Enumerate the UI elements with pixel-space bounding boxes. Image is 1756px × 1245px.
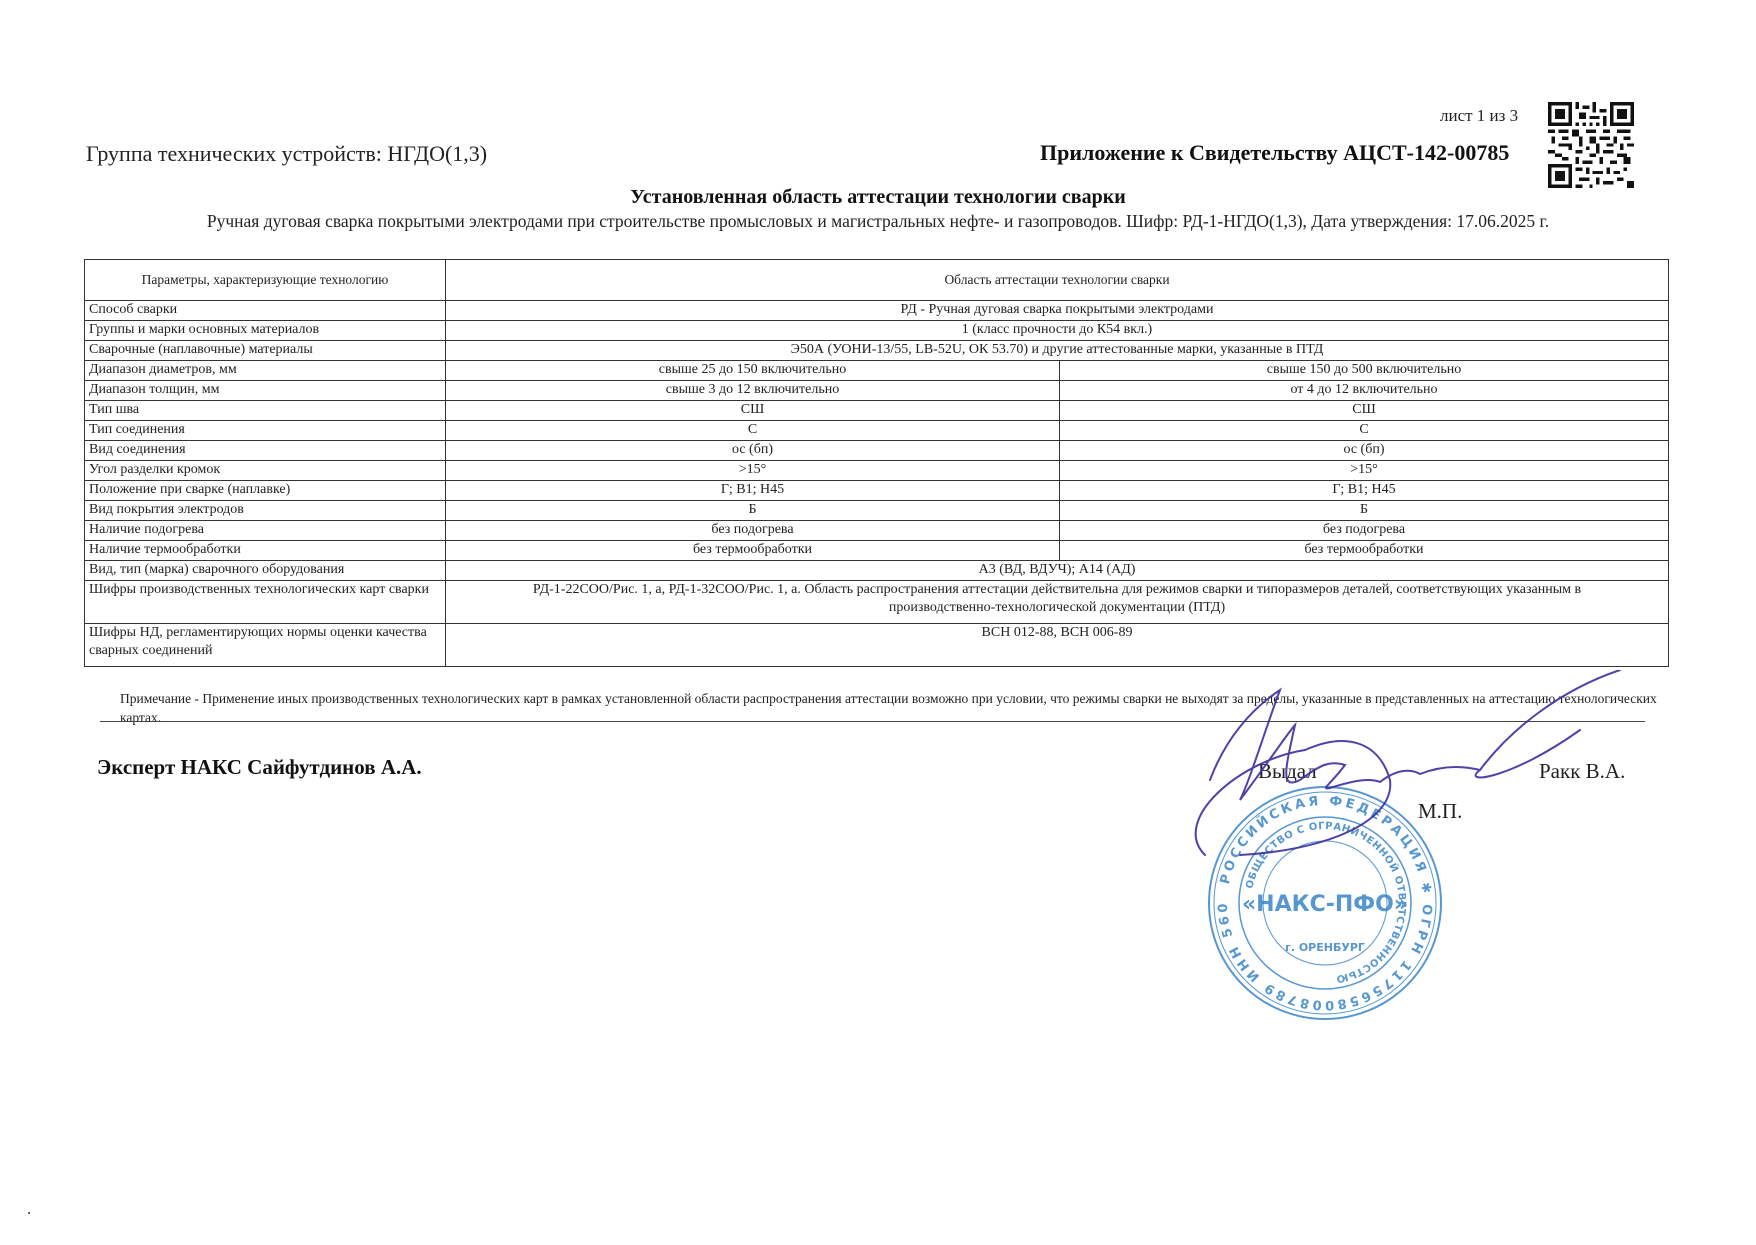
row-param: Положение при сварке (наплавке) [85, 481, 446, 501]
row-value-left: свыше 3 до 12 включительно [446, 381, 1060, 401]
row-value: ВСН 012-88, ВСН 006-89 [446, 624, 1669, 667]
signature-icon [1180, 670, 1640, 860]
row-param: Наличие термообработки [85, 541, 446, 561]
row-value-left: Г; В1; Н45 [446, 481, 1060, 501]
row-param: Угол разделки кромок [85, 461, 446, 481]
row-value-left: без термообработки [446, 541, 1060, 561]
table-row: Шифры НД, регламентирующих нормы оценки … [85, 624, 1669, 667]
row-param: Сварочные (наплавочные) материалы [85, 341, 446, 361]
table-row: Угол разделки кромок >15° >15° [85, 461, 1669, 481]
row-param: Вид, тип (марка) сварочного оборудования [85, 561, 446, 581]
row-param: Тип соединения [85, 421, 446, 441]
table-row: Шифры производственных технологических к… [85, 581, 1669, 624]
row-value-right: Г; В1; Н45 [1060, 481, 1669, 501]
row-value-right: >15° [1060, 461, 1669, 481]
table-row: Вид, тип (марка) сварочного оборудования… [85, 561, 1669, 581]
row-value-left: СШ [446, 401, 1060, 421]
row-param: Диапазон диаметров, мм [85, 361, 446, 381]
table-row: Вид соединения ос (бп) ос (бп) [85, 441, 1669, 461]
table-row: Группы и марки основных материалов 1 (кл… [85, 321, 1669, 341]
row-value-right: без подогрева [1060, 521, 1669, 541]
svg-text:«НАКС-ПФО»: «НАКС-ПФО» [1242, 892, 1408, 917]
row-value: РД-1-22СОО/Рис. 1, а, РД-1-32СОО/Рис. 1,… [446, 581, 1669, 624]
row-value-right: без термообработки [1060, 541, 1669, 561]
row-value-left: ос (бп) [446, 441, 1060, 461]
table-row: Вид покрытия электродов Б Б [85, 501, 1669, 521]
row-param: Группы и марки основных материалов [85, 321, 446, 341]
row-param: Наличие подогрева [85, 521, 446, 541]
expert-name: Эксперт НАКС Сайфутдинов А.А. [97, 755, 422, 780]
row-value: А3 (ВД, ВДУЧ); А14 (АД) [446, 561, 1669, 581]
row-value-left: С [446, 421, 1060, 441]
header-scope: Область аттестации технологии сварки [446, 260, 1669, 301]
sheet-counter: лист 1 из 3 [1440, 106, 1518, 126]
row-value-right: С [1060, 421, 1669, 441]
device-group-label: Группа технических устройств: НГДО(1,3) [86, 141, 487, 167]
document-title: Установленная область аттестации техноло… [0, 186, 1756, 209]
document-subtitle: Ручная дуговая сварка покрытыми электрод… [0, 211, 1756, 232]
row-param: Шифры НД, регламентирующих нормы оценки … [85, 624, 446, 667]
table-row: Тип шва СШ СШ [85, 401, 1669, 421]
svg-text:г. ОРЕНБУРГ: г. ОРЕНБУРГ [1285, 941, 1365, 954]
row-value: 1 (класс прочности до К54 вкл.) [446, 321, 1669, 341]
attestation-scope-table: Параметры, характеризующие технологию Об… [84, 259, 1669, 667]
appendix-title: Приложение к Свидетельству АЦСТ-142-0078… [1040, 140, 1509, 166]
row-value: РД - Ручная дуговая сварка покрытыми эле… [446, 301, 1669, 321]
table-row: Способ сварки РД - Ручная дуговая сварка… [85, 301, 1669, 321]
row-value-right: ос (бп) [1060, 441, 1669, 461]
row-param: Вид соединения [85, 441, 446, 461]
row-param: Вид покрытия электродов [85, 501, 446, 521]
scan-speck [28, 1212, 30, 1214]
table-row: Сварочные (наплавочные) материалы Э50А (… [85, 341, 1669, 361]
table-row: Тип соединения С С [85, 421, 1669, 441]
row-value-right: от 4 до 12 включительно [1060, 381, 1669, 401]
row-value-left: свыше 25 до 150 включительно [446, 361, 1060, 381]
row-value-right: СШ [1060, 401, 1669, 421]
row-param: Диапазон толщин, мм [85, 381, 446, 401]
row-value-left: без подогрева [446, 521, 1060, 541]
table-row: Диапазон диаметров, мм свыше 25 до 150 в… [85, 361, 1669, 381]
table-header-row: Параметры, характеризующие технологию Об… [85, 260, 1669, 301]
header-param: Параметры, характеризующие технологию [85, 260, 446, 301]
row-value-right: свыше 150 до 500 включительно [1060, 361, 1669, 381]
table-row: Наличие термообработки без термообработк… [85, 541, 1669, 561]
row-value-left: Б [446, 501, 1060, 521]
table-row: Диапазон толщин, мм свыше 3 до 12 включи… [85, 381, 1669, 401]
row-value-right: Б [1060, 501, 1669, 521]
row-value-left: >15° [446, 461, 1060, 481]
row-param: Шифры производственных технологических к… [85, 581, 446, 624]
qr-code-icon [1548, 102, 1634, 188]
row-value: Э50А (УОНИ-13/55, LB-52U, ОК 53.70) и др… [446, 341, 1669, 361]
row-param: Способ сварки [85, 301, 446, 321]
table-row: Наличие подогрева без подогрева без подо… [85, 521, 1669, 541]
row-param: Тип шва [85, 401, 446, 421]
table-row: Положение при сварке (наплавке) Г; В1; Н… [85, 481, 1669, 501]
